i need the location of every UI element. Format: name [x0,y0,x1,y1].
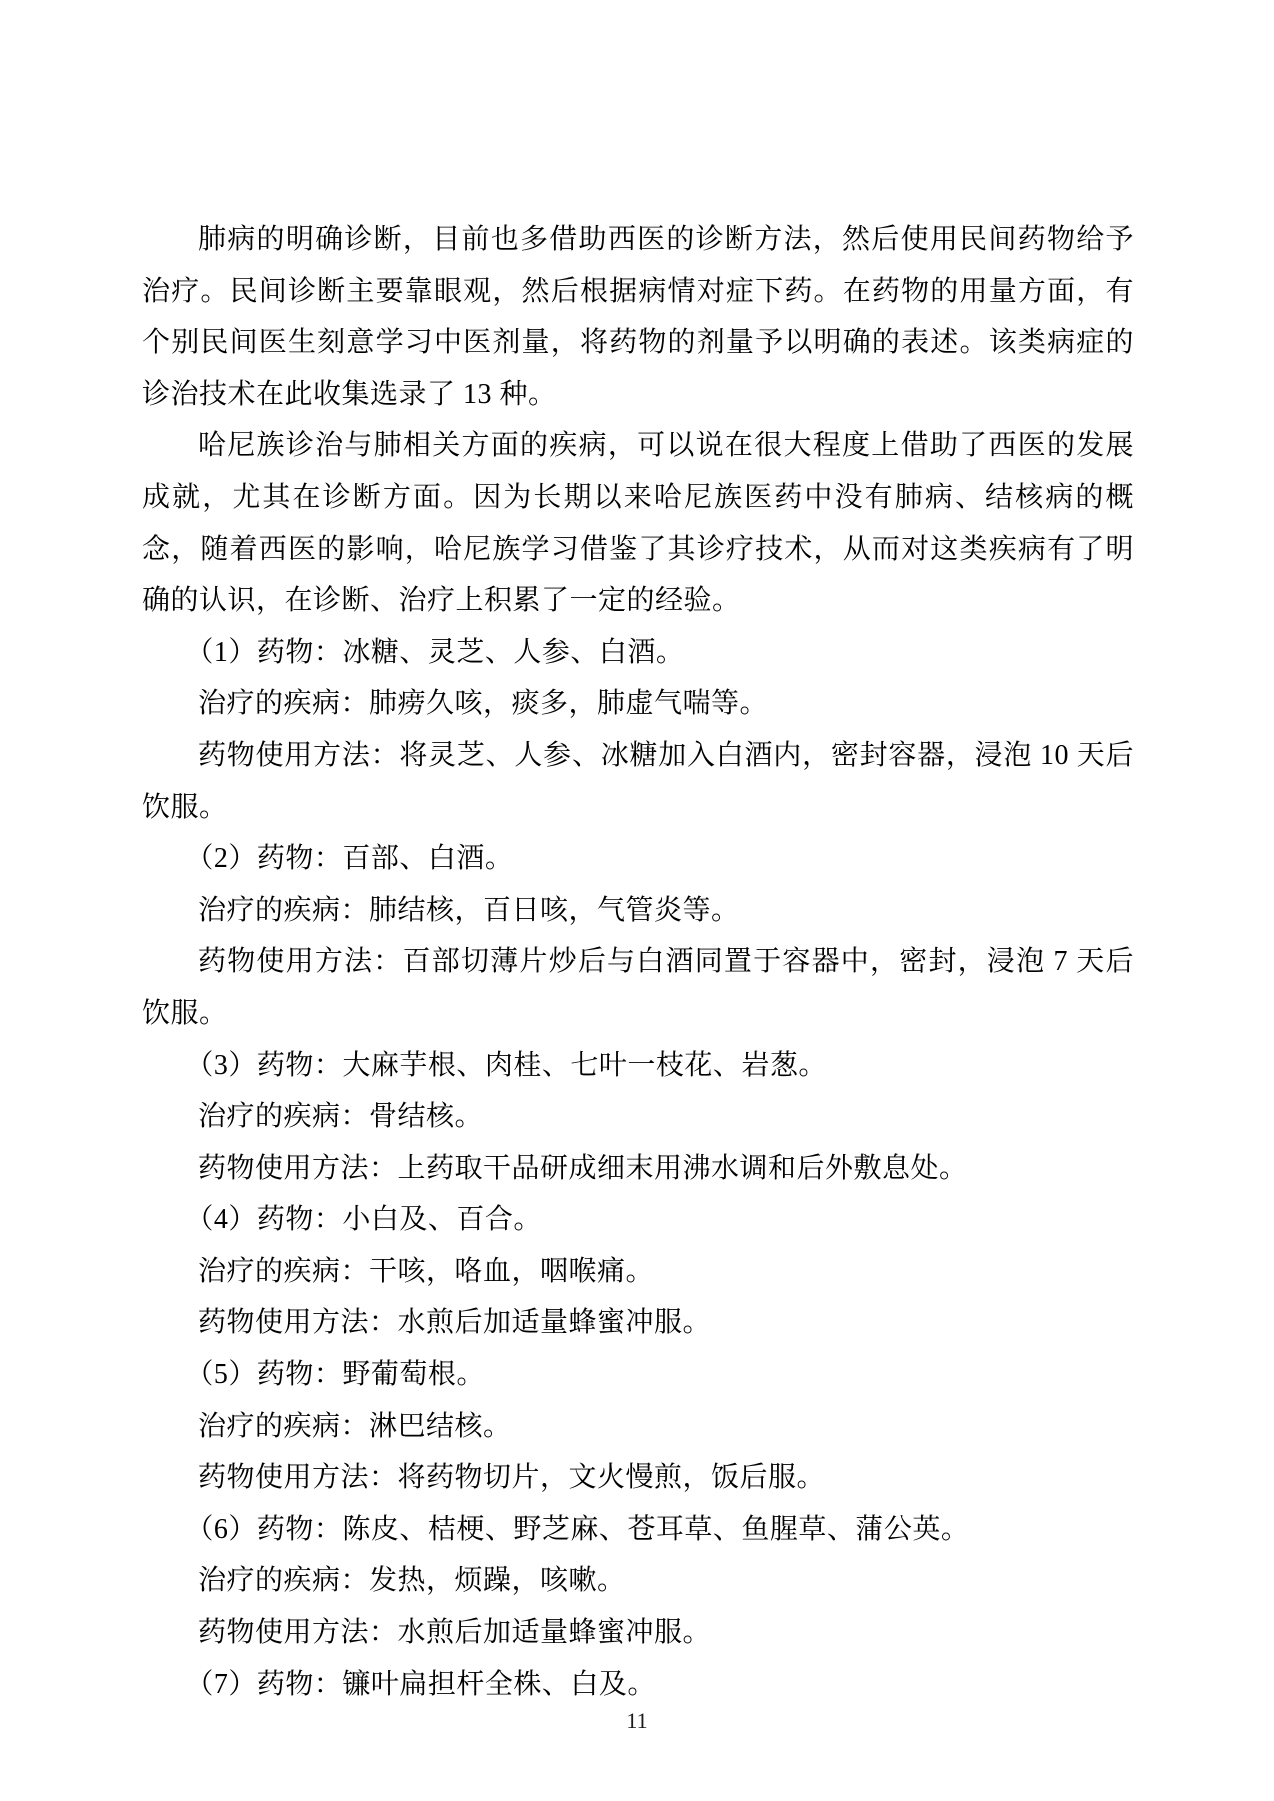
page-number-footer: 11 [0,1708,1274,1734]
paragraph: 药物使用方法：将药物切片，文火慢煎，饭后服。 [142,1452,1134,1504]
paragraph: 药物使用方法：上药取干品研成细末用沸水调和后外敷息处。 [142,1143,1134,1195]
paragraph: 治疗的疾病：骨结核。 [142,1091,1134,1143]
paragraph: 治疗的疾病：淋巴结核。 [142,1401,1134,1453]
paragraph: 药物使用方法：将灵芝、人参、冰糖加入白酒内，密封容器，浸泡 10 天后饮服。 [142,730,1134,833]
paragraph: 治疗的疾病：发热，烦躁，咳嗽。 [142,1555,1134,1607]
paragraph: 治疗的疾病：肺结核，百日咳，气管炎等。 [142,885,1134,937]
paragraph: 治疗的疾病：肺痨久咳，痰多，肺虚气喘等。 [142,678,1134,730]
paragraph: （3）药物：大麻芋根、肉桂、七叶一枝花、岩葱。 [142,1040,1134,1092]
paragraph: （1）药物：冰糖、灵芝、人参、白酒。 [142,627,1134,679]
paragraph: （4）药物：小白及、百合。 [142,1194,1134,1246]
paragraph: 哈尼族诊治与肺相关方面的疾病，可以说在很大程度上借助了西医的发展成就，尤其在诊断… [142,420,1134,626]
document-page: 肺病的明确诊断，目前也多借助西医的诊断方法，然后使用民间药物给予治疗。民间诊断主… [0,0,1274,1801]
paragraph: （5）药物：野葡萄根。 [142,1349,1134,1401]
page-body-text: 肺病的明确诊断，目前也多借助西医的诊断方法，然后使用民间药物给予治疗。民间诊断主… [142,214,1134,1710]
paragraph: 药物使用方法：百部切薄片炒后与白酒同置于容器中，密封，浸泡 7 天后饮服。 [142,936,1134,1039]
paragraph: （6）药物：陈皮、桔梗、野芝麻、苍耳草、鱼腥草、蒲公英。 [142,1504,1134,1556]
paragraph: 肺病的明确诊断，目前也多借助西医的诊断方法，然后使用民间药物给予治疗。民间诊断主… [142,214,1134,420]
paragraph: （2）药物：百部、白酒。 [142,833,1134,885]
paragraph: （7）药物：镰叶扁担杆全株、白及。 [142,1659,1134,1711]
paragraph: 治疗的疾病：干咳，咯血，咽喉痛。 [142,1246,1134,1298]
paragraph: 药物使用方法：水煎后加适量蜂蜜冲服。 [142,1297,1134,1349]
paragraph: 药物使用方法：水煎后加适量蜂蜜冲服。 [142,1607,1134,1659]
